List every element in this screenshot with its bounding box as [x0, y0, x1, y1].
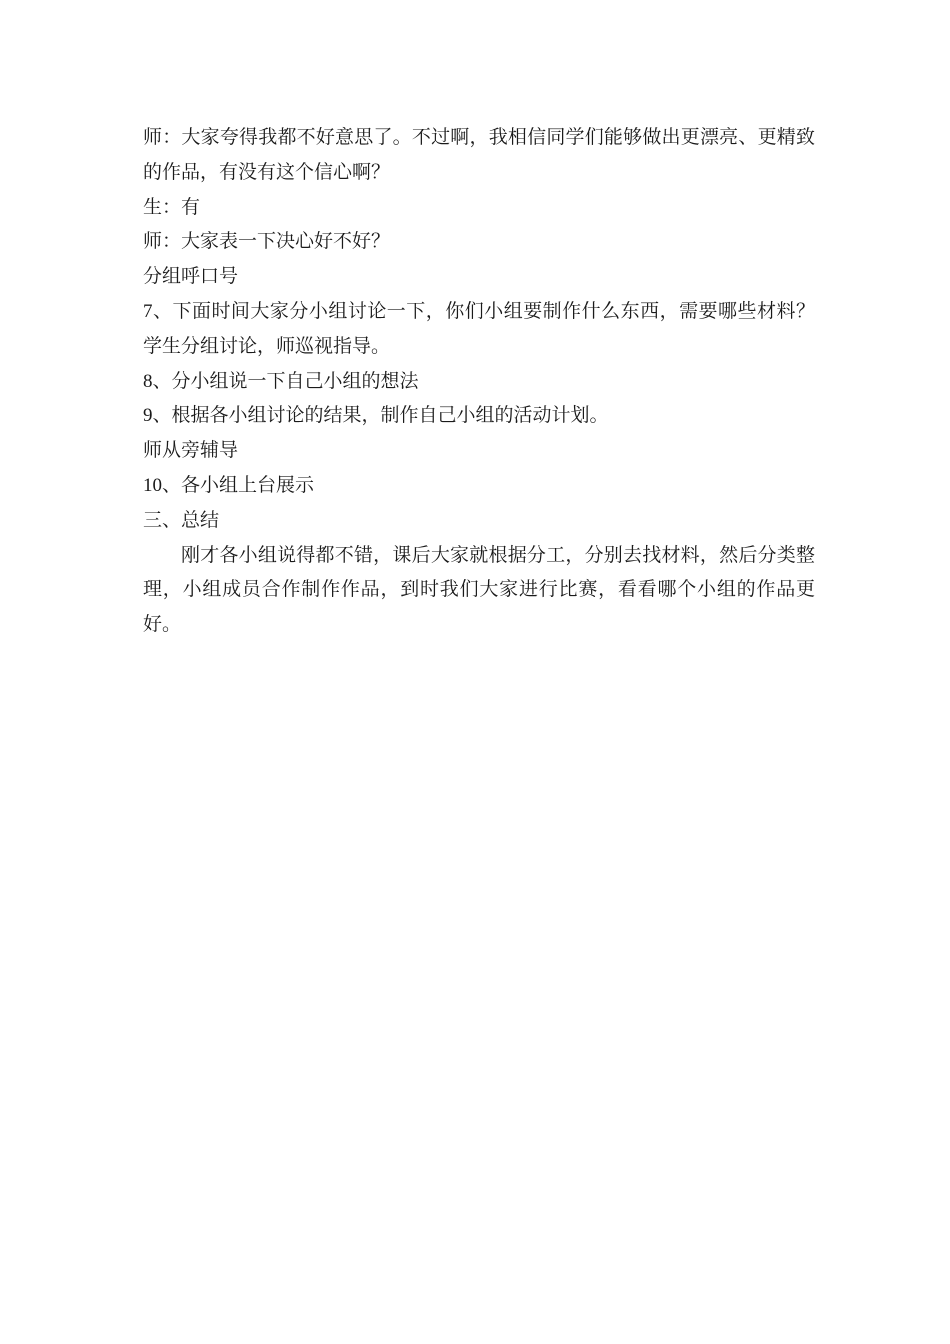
paragraph-step-7: 7、下面时间大家分小组讨论一下，你们小组要制作什么东西，需要哪些材料？学生分组讨…	[143, 295, 815, 365]
paragraph-step-10: 10、各小组上台展示	[143, 469, 815, 504]
paragraph-summary-body: 刚才各小组说得都不错，课后大家就根据分工，分别去找材料，然后分类整理，小组成员合…	[143, 539, 815, 643]
paragraph-step-8: 8、分小组说一下自己小组的想法	[143, 365, 815, 400]
paragraph-step-9: 9、根据各小组讨论的结果，制作自己小组的活动计划。	[143, 399, 815, 434]
paragraph-teacher-resolve: 师：大家表一下决心好不好？	[143, 225, 815, 260]
paragraph-teacher-assist: 师从旁辅导	[143, 434, 815, 469]
paragraph-student-reply: 生：有	[143, 191, 815, 226]
document-page: 师：大家夸得我都不好意思了。不过啊，我相信同学们能够做出更漂亮、更精致的作品，有…	[0, 0, 950, 1344]
paragraph-group-slogan: 分组呼口号	[143, 260, 815, 295]
text-block: 师：大家夸得我都不好意思了。不过啊，我相信同学们能够做出更漂亮、更精致的作品，有…	[143, 121, 815, 643]
paragraph-section-summary-heading: 三、总结	[143, 504, 815, 539]
paragraph-teacher-praise: 师：大家夸得我都不好意思了。不过啊，我相信同学们能够做出更漂亮、更精致的作品，有…	[143, 121, 815, 191]
